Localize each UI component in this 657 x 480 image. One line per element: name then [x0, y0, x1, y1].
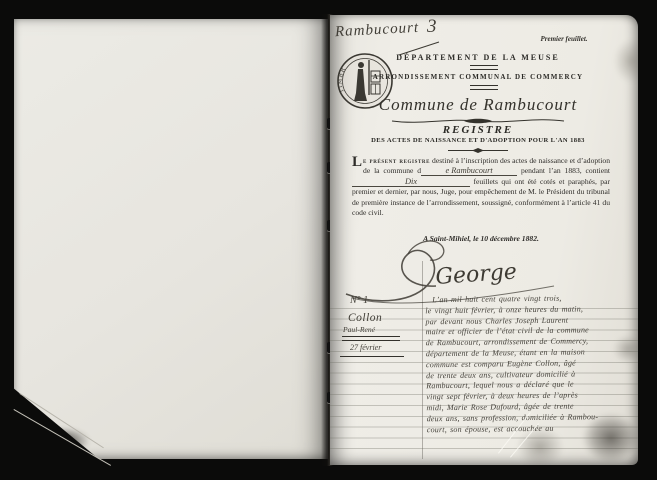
body-text-2: pendant l’an 1883, contient [517, 166, 610, 175]
ink-stain [614, 39, 638, 83]
act-surname: Collon [348, 312, 382, 324]
act-number: N° 1 [350, 295, 368, 306]
arrondissement-heading: ARRONDISSEMENT COMMUNAL DE COMMERCY [352, 73, 604, 81]
signature-name: George [435, 259, 518, 290]
registre-title: REGISTRE [352, 124, 604, 136]
margin-underline [340, 356, 404, 357]
scanned-registry-spread: Rambucourt 3 Premier feuillet. TIMBRE DÉ… [0, 0, 657, 480]
act-date: 27 février [350, 343, 381, 352]
ink-stain [613, 335, 638, 363]
divider-rule [470, 85, 498, 90]
attestation-paragraph: Le présent registre destiné à l’inscript… [352, 156, 610, 219]
handwritten-commune-annotation: Rambucourt [335, 20, 420, 41]
departement-heading: DÉPARTEMENT DE LA MEUSE [352, 53, 604, 62]
dropcap: L [352, 156, 362, 168]
feuillet-label: Premier feuillet. [503, 35, 625, 43]
commune-script-line: Commune de Rambucourt [352, 95, 604, 115]
registre-subtitle: DES ACTES DE NAISSANCE ET D'ADOPTION POU… [352, 137, 604, 144]
handwritten-commune-fill: e Rambucourt [445, 166, 492, 175]
commune-blank: e Rambucourt [421, 167, 517, 176]
ornament-divider [352, 147, 604, 154]
act-given-names: Paul-René [343, 325, 375, 334]
count-blank: Dix [352, 178, 470, 187]
handwritten-folio-number: 3 [427, 16, 437, 38]
handwritten-count-fill: Dix [405, 177, 417, 186]
registry-page: Rambucourt 3 Premier feuillet. TIMBRE DÉ… [330, 15, 638, 465]
left-blank-page [14, 19, 328, 459]
ink-stain [516, 427, 564, 465]
folded-corner-shadow [14, 19, 328, 459]
lead-text: e présent registre [363, 156, 430, 165]
margin-underline [342, 336, 400, 341]
ink-stain [582, 413, 638, 463]
divider-rule [470, 65, 498, 70]
